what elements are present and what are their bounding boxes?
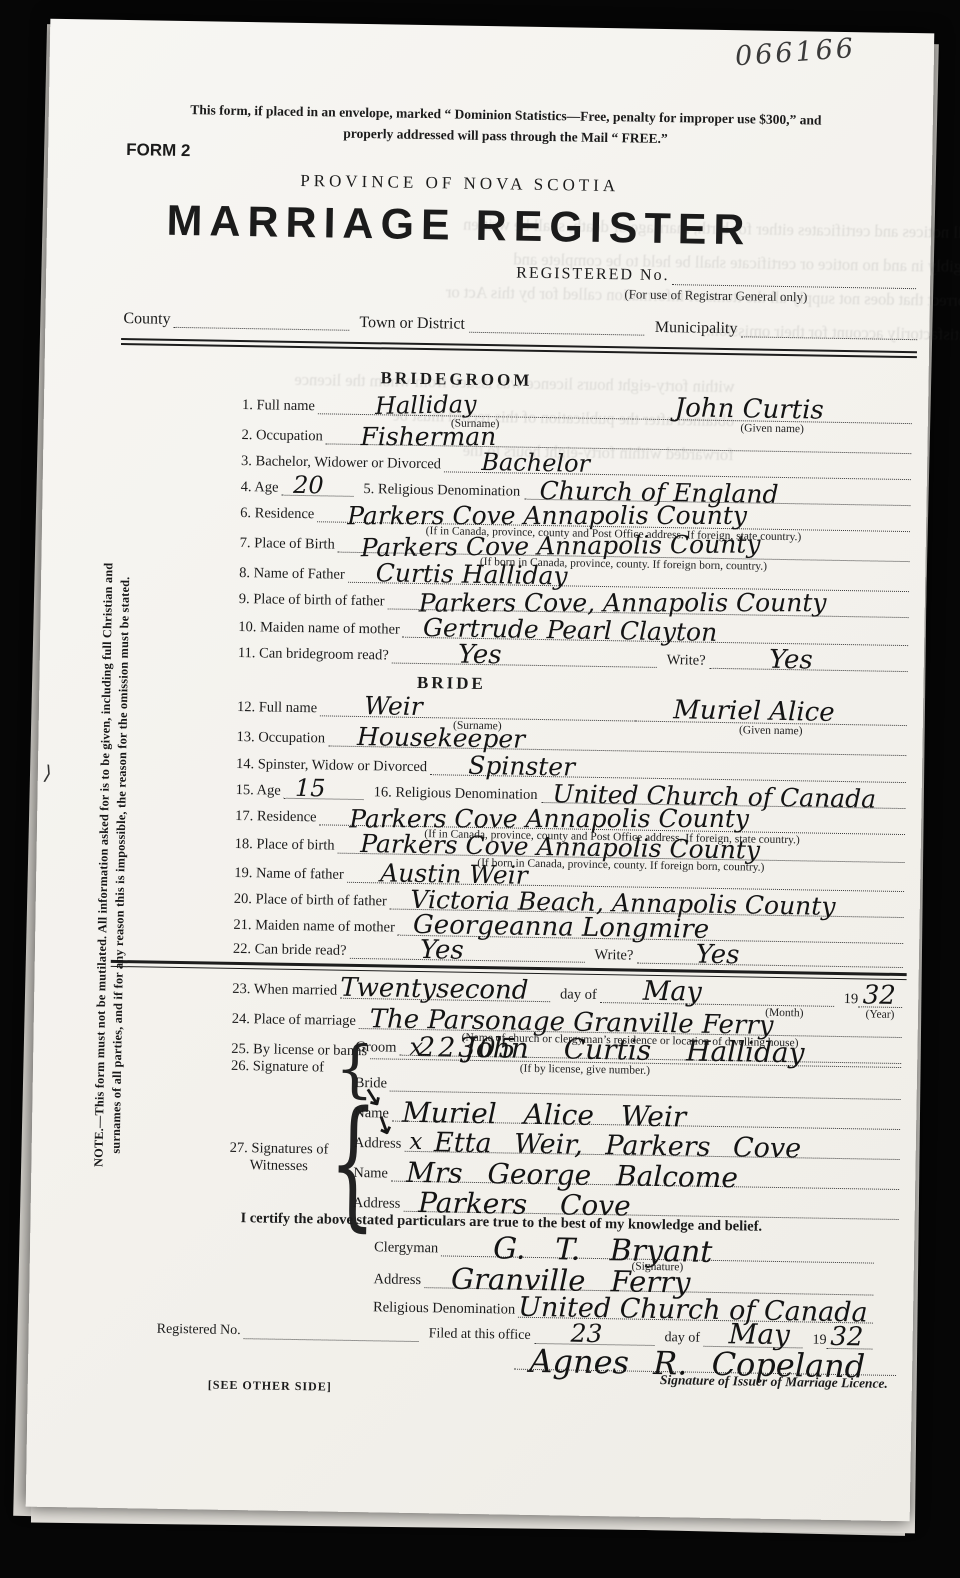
- dotted-line: Georgeanna Longmire: [398, 919, 904, 944]
- handwritten-value: Yes: [769, 647, 813, 674]
- field-row-1: 1. Full name Halliday (Surname) John Cur…: [242, 396, 912, 424]
- field-label: 9. Place of birth of father: [239, 591, 388, 609]
- town-label: Town or District: [349, 315, 469, 333]
- field-label: 10. Maiden name of mother: [238, 619, 403, 638]
- field-label: 14. Spinster, Widow or Divorced: [236, 756, 430, 775]
- section-divider: [121, 338, 917, 358]
- witness-address-label: Address: [353, 1195, 404, 1212]
- denomination-row: Religious Denomination United Church of …: [373, 1298, 873, 1323]
- field-row-12: 12. Full name Weir (Surname) Muriel Alic…: [237, 698, 907, 726]
- field-label: 2. Occupation: [241, 427, 326, 444]
- field-label: 21. Maiden name of mother: [233, 917, 398, 936]
- municipality-label: Municipality: [645, 320, 742, 338]
- province-heading: PROVINCE OF NOVA SCOTIA: [48, 167, 872, 201]
- witness-name-label: Name: [353, 1165, 391, 1182]
- field-label: 20. Place of birth of father: [234, 891, 390, 910]
- dotted-line: Twentysecond: [340, 982, 550, 1002]
- dotted-line: 32 (Year): [858, 990, 902, 1008]
- handwritten-value: 15: [295, 776, 326, 801]
- town-line: [469, 316, 645, 336]
- field-label: Write?: [584, 947, 637, 964]
- handwritten-value: Curtis Halliday: [376, 560, 568, 588]
- dotted-line: Yes: [392, 647, 657, 668]
- registered-no-label: REGISTERED No.: [516, 265, 673, 286]
- dotted-line: Agnes R. Copeland: [514, 1349, 896, 1376]
- county-label: County: [123, 311, 173, 328]
- page-title: MARRIAGE REGISTER: [47, 195, 872, 258]
- dotted-line: Yes: [349, 942, 584, 963]
- handwritten-value: Bachelor: [481, 450, 590, 476]
- witness1-name-row: Name Muriel Alice Weir: [354, 1104, 900, 1130]
- handwritten-x-mark: x: [409, 1035, 423, 1059]
- field-label: 3. Bachelor, Widower or Divorced: [241, 453, 444, 472]
- handwritten-value: Austin Weir: [380, 860, 528, 887]
- dotted-line: May (Month): [601, 986, 834, 1007]
- handwritten-value: Fisherman: [361, 424, 497, 449]
- field-label: Write?: [657, 652, 710, 669]
- field-label: 16. Religious Denomination: [364, 784, 542, 803]
- field-label: 6. Residence: [240, 505, 317, 522]
- dotted-line: Halliday (Surname): [318, 397, 633, 419]
- form-number-label: FORM 2: [126, 140, 191, 161]
- field-label: 17. Residence: [235, 808, 320, 825]
- field-row-9: 9. Place of birth of father Parkers Cove…: [239, 590, 909, 618]
- filed-label: Filed at this office: [418, 1326, 534, 1344]
- handwritten-doc-number: 066166: [734, 35, 857, 70]
- field-label-26: 26. Signature of: [231, 1058, 324, 1077]
- handwritten-x-mark: x: [409, 1131, 422, 1154]
- groom-label: Groom: [355, 1039, 399, 1056]
- field-label-27: 27. Signatures of Witnesses: [229, 1140, 328, 1176]
- denomination-label: Religious Denomination: [373, 1299, 518, 1317]
- dotted-line: Yes: [709, 652, 908, 672]
- see-other-side-note: [SEE OTHER SIDE]: [208, 1378, 332, 1395]
- registered-no-block: REGISTERED No. (For use of Registrar Gen…: [516, 265, 917, 308]
- handwritten-value: 32: [862, 982, 896, 1009]
- field-label: 1. Full name: [242, 397, 318, 414]
- dotted-line: John Curtis (Given name): [633, 402, 912, 424]
- field-label: 19. Name of father: [234, 865, 347, 883]
- clergyman-label: Clergyman: [374, 1239, 441, 1256]
- groom-signature: John Curtis Halliday: [464, 1034, 804, 1068]
- stray-pen-mark: ⟩: [41, 760, 54, 786]
- handwritten-value: Spinster: [468, 753, 575, 780]
- clergyman-row: Clergyman G. T. Bryant (Signature): [374, 1238, 874, 1263]
- field-label: 22. Can bride read?: [233, 941, 350, 959]
- issuer-signature-block: Agnes R. Copeland Signature of Issuer of…: [514, 1349, 897, 1392]
- dotted-line: Weir (Surname): [320, 699, 635, 721]
- field-label: day of: [550, 986, 601, 1003]
- handwritten-value: Weir: [364, 693, 423, 719]
- field-label: 24. Place of marriage: [232, 1011, 359, 1029]
- handwritten-value: Yes: [458, 642, 502, 669]
- dotted-line: Parkers Cove Annapolis County (If in Can…: [317, 505, 910, 532]
- dotted-line: G. T. Bryant (Signature): [441, 1239, 874, 1263]
- scanned-document-background: { "header": { "doc_number": "066166", "m…: [0, 0, 960, 1578]
- municipality-line: [741, 320, 917, 340]
- witness-name-label: Name: [354, 1105, 392, 1122]
- field-label: 8. Name of Father: [239, 565, 348, 583]
- handwritten-value: Yes: [420, 937, 464, 964]
- dotted-line: 15: [284, 782, 364, 800]
- dotted-line: Muriel Alice Weir: [392, 1105, 901, 1130]
- field-label: 4. Age: [241, 479, 282, 496]
- field-row-10: 10. Maiden name of mother Gertrude Pearl…: [238, 618, 908, 646]
- dotted-line: Spinster: [430, 758, 906, 783]
- field-label: 7. Place of Birth: [240, 535, 338, 553]
- dotted-line: Muriel Alice (Given name): [635, 705, 907, 727]
- dotted-line: 20: [281, 479, 353, 497]
- handwritten-value: Housekeeper: [357, 724, 525, 752]
- registered-no-label: Registered No.: [157, 1322, 244, 1339]
- issuer-signature: Agnes R. Copeland: [529, 1345, 865, 1383]
- location-row: County Town or District Municipality: [123, 310, 917, 340]
- dotted-line: [244, 1322, 419, 1342]
- field-label: 11. Can bridegroom read?: [238, 645, 392, 664]
- handwritten-value: Twentysecond: [340, 975, 529, 1004]
- dotted-line: Bachelor: [444, 455, 911, 480]
- witness-address-label: Address: [354, 1135, 405, 1152]
- witnesses-label-line2: Witnesses: [229, 1157, 328, 1176]
- year-prefix: 19: [834, 991, 859, 1007]
- field-label: 18. Place of birth: [235, 836, 338, 854]
- field-label: 5. Religious Denomination: [353, 481, 524, 500]
- marriage-register-page: All notices and certificates either for …: [26, 19, 935, 1521]
- witnesses-label-line1: 27. Signatures of: [230, 1140, 329, 1159]
- field-row-11: 11. Can bridegroom read? Yes Write? Yes: [238, 644, 908, 672]
- county-line: [173, 311, 349, 331]
- address-label: Address: [373, 1271, 424, 1288]
- mail-instruction: This form, if placed in an envelope, mar…: [168, 99, 843, 152]
- handwritten-value: Parkers Cove, Annapolis County: [419, 590, 827, 615]
- handwritten-value: Yes: [696, 942, 740, 969]
- margin-note: NOTE.—This form must not be mutilated. A…: [90, 535, 135, 1195]
- bride-heading: BRIDE: [39, 667, 863, 701]
- field-label: 23. When married: [232, 981, 340, 999]
- field-row-6: 6. Residence Parkers Cove Annapolis Coun…: [240, 504, 910, 532]
- registered-no-line: [672, 268, 916, 289]
- field-label: 15. Age: [236, 782, 284, 799]
- handwritten-value: May: [643, 978, 702, 1006]
- field-label: 12. Full name: [237, 699, 320, 716]
- field-row-23: 23. When married Twentysecond day of May…: [232, 980, 902, 1008]
- field-label: 13. Occupation: [236, 729, 328, 747]
- dotted-line: Yes: [637, 947, 903, 968]
- handwritten-value: 20: [293, 473, 324, 498]
